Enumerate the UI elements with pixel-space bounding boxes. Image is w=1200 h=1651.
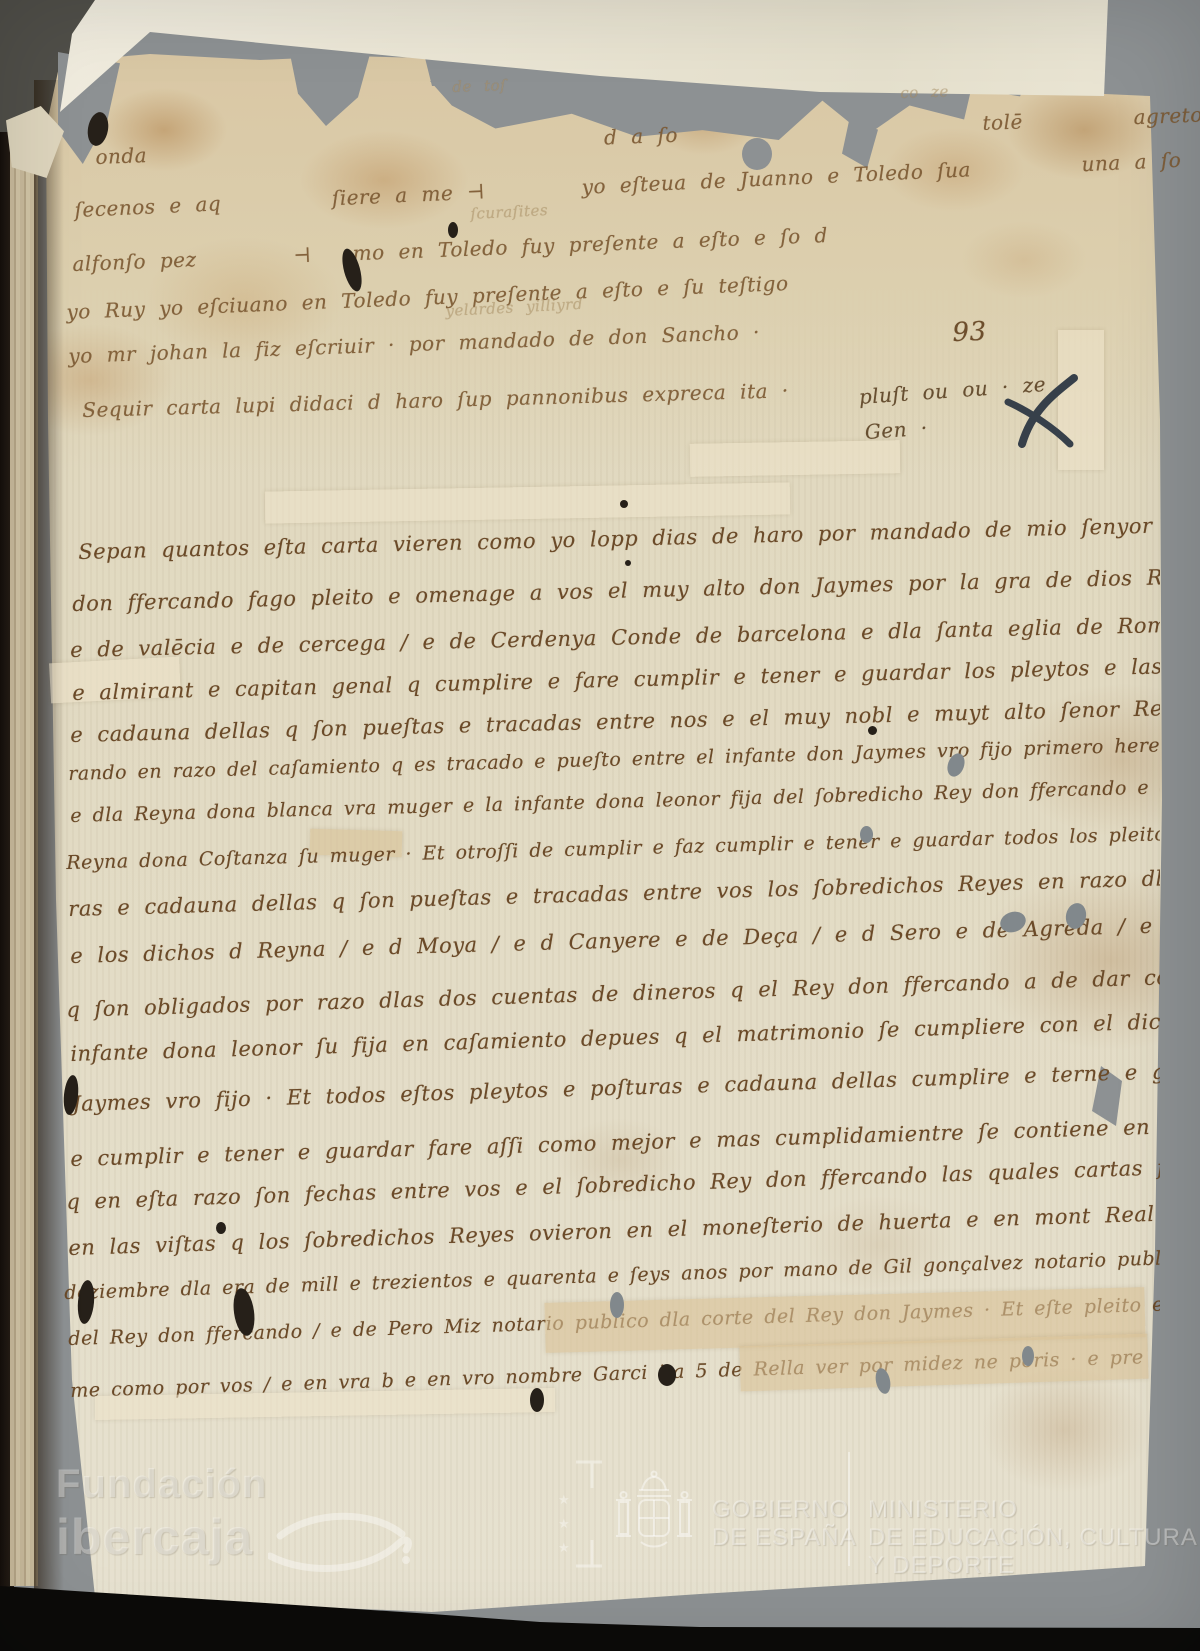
hole-spot xyxy=(1022,1346,1034,1366)
script-line: Reyna dona Coſtanza ſu muger · Et otroſſ… xyxy=(66,821,1160,874)
svg-text:★: ★ xyxy=(558,1516,570,1531)
hole-spot xyxy=(610,1292,624,1318)
ink-blot xyxy=(620,500,628,508)
script-line: Jaymes vro fijo · Et todos eſtos pleytos… xyxy=(72,1057,1160,1116)
government-name-line1: GOBIERNO xyxy=(712,1496,849,1524)
ibercaja-logo-icon xyxy=(268,1506,418,1581)
script-line: q ſon obligados por razo dlas dos cuenta… xyxy=(66,962,1160,1022)
script-line: e de valēcia e de cercega / e de Cerdeny… xyxy=(70,610,1160,662)
ink-blot xyxy=(448,222,458,238)
svg-text:★: ★ xyxy=(558,1540,570,1555)
government-name-line2: DE ESPAÑA xyxy=(712,1524,857,1552)
spain-coat-of-arms-icon xyxy=(608,1466,700,1570)
ministry-name-line1: MINISTERIO xyxy=(868,1496,1018,1524)
svg-text:★: ★ xyxy=(558,1492,570,1507)
ink-blot xyxy=(530,1388,544,1412)
ink-blot xyxy=(216,1222,226,1234)
eu-stars-emblem-icon: ★ ★ ★ xyxy=(556,1458,606,1570)
script-line: e almirant e capitan genal q cumplire e … xyxy=(72,652,1160,705)
ministry-name-line2: DE EDUCACIÓN, CULTURA xyxy=(868,1524,1198,1552)
photo-canvas: de toſ co ze onda d a ſo tolē agreto ſec… xyxy=(0,0,1200,1651)
script-line: e los dichos d Reyna / e d Moya / e d Ca… xyxy=(70,909,1160,968)
script-line: don ffercando fago pleito e omenage a vo… xyxy=(72,562,1160,616)
ministry-name-line3: Y DEPORTE xyxy=(868,1552,1015,1580)
hole-spot xyxy=(860,826,873,843)
ibercaja-watermark-line2: ibercaja xyxy=(56,1508,253,1566)
ibercaja-watermark-line1: Fundación xyxy=(56,1462,267,1507)
ink-blot xyxy=(868,726,877,735)
script-line: ras e cadauna dellas q ſon pueſtas e tra… xyxy=(68,864,1160,921)
watermark-divider xyxy=(848,1452,850,1566)
ink-blot xyxy=(658,1364,676,1386)
script-line: Sepan quantos eſta carta vieren como yo … xyxy=(78,512,1160,564)
script-line: e dla Reyna dona blanca vra muger e la i… xyxy=(70,776,1160,827)
ink-blot xyxy=(625,560,631,566)
